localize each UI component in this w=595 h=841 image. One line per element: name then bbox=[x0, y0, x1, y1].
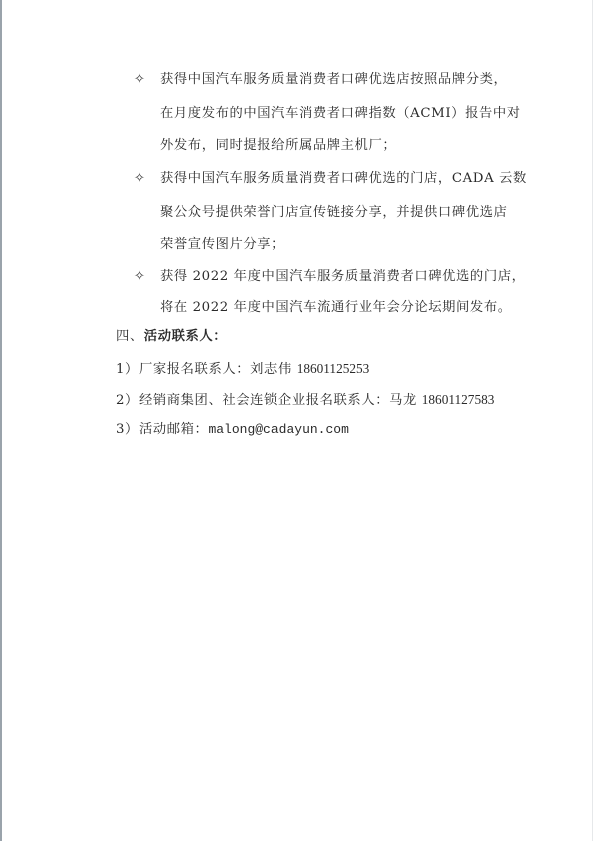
bullet-3-line-2: 将在 2022 年度中国汽车流通行业年会分论坛期间发布。 bbox=[160, 299, 512, 317]
bullet-3-line-1: 获得 2022 年度中国汽车服务质量消费者口碑优选的门店， bbox=[160, 268, 526, 286]
bullet-1-line-2: 在月度发布的中国汽车消费者口碑指数（ACMI）报告中对 bbox=[160, 105, 521, 123]
contact-name: 刘志伟 bbox=[250, 362, 292, 377]
contact-item-1: 1）厂家报名联系人：刘志伟 18601125253 bbox=[116, 360, 369, 379]
diamond-bullet-icon: ✧ bbox=[134, 268, 145, 286]
contact-label: 厂家报名联系人： bbox=[139, 362, 250, 377]
contact-label: 经销商集团、社会连锁企业报名联系人： bbox=[139, 393, 389, 408]
contact-phone: 18601125253 bbox=[297, 361, 370, 376]
document-page: ✧ 获得中国汽车服务质量消费者口碑优选店按照品牌分类， 在月度发布的中国汽车消费… bbox=[0, 0, 595, 841]
diamond-bullet-icon: ✧ bbox=[134, 170, 145, 188]
bullet-2-line-1: 获得中国汽车服务质量消费者口碑优选的门店，CADA 云数 bbox=[160, 170, 527, 188]
contact-phone: 18601127583 bbox=[422, 392, 495, 407]
bullet-1-line-1: 获得中国汽车服务质量消费者口碑优选店按照品牌分类， bbox=[160, 71, 507, 89]
section-number: 四、 bbox=[116, 329, 144, 344]
contact-email[interactable]: malong@cadayun.com bbox=[208, 422, 348, 437]
bullet-1-line-3: 外发布，同时提报给所属品牌主机厂； bbox=[160, 137, 396, 155]
contact-item-3: 3）活动邮箱：malong@cadayun.com bbox=[116, 421, 349, 439]
contact-index: 3） bbox=[116, 422, 139, 437]
bullet-2-line-3: 荣誉宣传图片分享； bbox=[160, 236, 285, 254]
contact-label: 活动邮箱： bbox=[139, 422, 208, 437]
bullet-2-line-2: 聚公众号提供荣誉门店宣传链接分享，并提供口碑优选店 bbox=[160, 204, 507, 222]
contact-item-2: 2）经销商集团、社会连锁企业报名联系人：马龙 18601127583 bbox=[116, 391, 494, 410]
section-title: 活动联系人： bbox=[144, 329, 227, 344]
contact-name: 马龙 bbox=[389, 393, 417, 408]
section-heading: 四、活动联系人： bbox=[116, 328, 227, 346]
diamond-bullet-icon: ✧ bbox=[134, 71, 145, 89]
contact-index: 1） bbox=[116, 362, 139, 377]
contact-index: 2） bbox=[116, 393, 139, 408]
